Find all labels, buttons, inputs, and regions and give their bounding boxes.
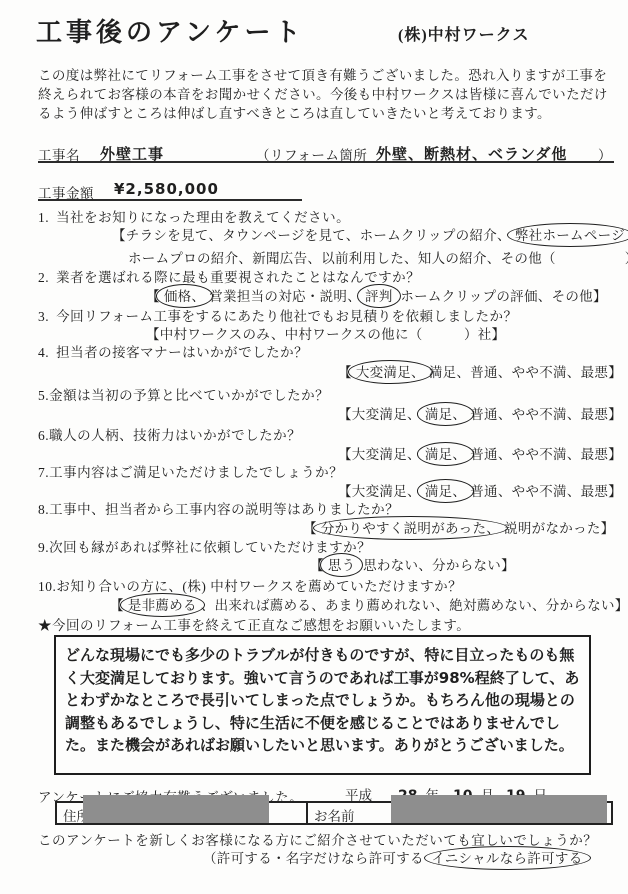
- question-8-answer-scale: 【分かりやすく説明があった、説明がなかった】: [303, 517, 614, 538]
- survey-page: { "colors": { "ink": "#1f1f1f", "redacti…: [0, 0, 628, 894]
- question-3-number: 3.: [38, 309, 49, 324]
- question-7-options-post: 普通、やや不満、最悪】: [470, 484, 622, 499]
- name-label: お名前: [314, 805, 355, 825]
- permission-selected-answer: イニシャルなら許可する: [424, 846, 591, 870]
- name-redaction: [391, 795, 607, 823]
- question-6-options-open: 【大変満足、: [338, 447, 421, 462]
- question-10-options-post: 、出来れば薦める、あまり薦めれない、絶対薦めない、分からない】: [201, 598, 628, 613]
- question-2: 2.業者を選ばれる際に最も重要視されたことはなんですか？: [38, 266, 420, 286]
- question-7-options-open: 【大変満足、: [338, 484, 421, 499]
- comment-box: どんな現場にでも多少のトラブルが付きものですが、特に目立ったものも無く大変満足し…: [54, 635, 591, 775]
- question-6-answer-scale: 【大変満足、満足、普通、やや不満、最悪】: [338, 443, 622, 464]
- question-2-number: 2.: [38, 270, 49, 285]
- question-5-answer-scale: 【大変満足、満足、普通、やや不満、最悪】: [338, 403, 622, 424]
- question-2-text: 業者を選ばれる際に最も重要視されたことはなんですか？: [56, 270, 420, 285]
- project-name-row: 工事名 外壁工事 （リフォーム箇所 外壁、断熱材、ベランダ他 ）: [38, 142, 614, 163]
- permission-options-pre: （許可する・名字だけなら許可する: [203, 851, 424, 866]
- project-amount-value: ¥2,580,000: [114, 180, 219, 198]
- question-9: 9.次回も縁があれば弊社に依頼していただけますか？: [38, 536, 371, 556]
- comment-body: どんな現場にでも多少のトラブルが付きものですが、特に目立ったものも無く大変満足し…: [65, 644, 580, 757]
- question-6-selected-answer: 満足、: [417, 442, 474, 466]
- question-4-options-post: 満足、普通、やや不満、最悪】: [429, 365, 622, 380]
- page-title: 工事後のアンケート: [36, 12, 304, 49]
- question-9-selected-answer: 思う: [320, 553, 364, 577]
- question-7: 7.工事内容はご満足いただけましたでしょうか？: [38, 461, 343, 481]
- company-name: (株)中村ワークス: [398, 22, 530, 45]
- table-divider: [306, 803, 308, 823]
- question-5-options-post: 普通、やや不満、最悪】: [470, 407, 622, 422]
- comment-heading: ★今回のリフォーム工事を終えて正直なご感想をお願いいたします。: [38, 614, 470, 634]
- question-6: 6.職人の人柄、技術力はいかがでしたか？: [38, 424, 301, 444]
- question-1-options-pre: 【チラシを見て、タウンページを見て、ホームクリップの紹介、: [112, 228, 511, 243]
- question-10: 10.お知り合いの方に、(株) 中村ワークスを薦めていただけますか？: [38, 575, 462, 595]
- question-1-options-line1: 【チラシを見て、タウンページを見て、ホームクリップの紹介、弊社ホームページ: [112, 224, 628, 245]
- question-8: 8.工事中、担当者から工事内容の説明等はありましたか？: [38, 498, 399, 518]
- question-4-number: 4.: [38, 345, 49, 360]
- project-name-value: 外壁工事: [100, 143, 164, 164]
- question-3-text: 今回リフォーム工事をするにあたり他社でもお見積りを依頼しましたか？: [56, 309, 517, 324]
- question-5-options-open: 【大変満足、: [338, 407, 421, 422]
- question-5-selected-answer: 満足、: [417, 402, 474, 426]
- question-7-number: 7.: [38, 465, 49, 480]
- question-10-text: お知り合いの方に、(株) 中村ワークスを薦めていただけますか？: [56, 579, 462, 594]
- question-1-options-line2: ホームプロの紹介、新聞広告、以前利用した、知人の紹介、その他（ ）】: [128, 247, 628, 267]
- permission-options: （許可する・名字だけなら許可する イニシャルなら許可する: [203, 847, 587, 868]
- question-9-answer-scale: 【思う 思わない、分からない】: [310, 554, 515, 575]
- question-5: 5.金額は当初の予算と比べていかがでしたか？: [38, 384, 329, 404]
- question-3: 3.今回リフォーム工事をするにあたり他社でもお見積りを依頼しましたか？: [38, 305, 517, 325]
- question-8-number: 8.: [38, 502, 49, 517]
- question-10-number: 10.: [38, 579, 56, 594]
- question-5-number: 5.: [38, 388, 49, 403]
- question-2-options-post: ホームクリップの評価、その他】: [397, 289, 607, 304]
- question-4-selected-answer: 大変満足、: [348, 360, 433, 384]
- question-4-text: 担当者の接客マナーはいかがでしたか？: [56, 345, 308, 360]
- question-2-options-mid: 営業担当の対応・説明、: [209, 289, 361, 304]
- project-amount-row: 工事金額 ¥2,580,000: [38, 179, 302, 201]
- question-7-selected-answer: 満足、: [417, 479, 474, 503]
- question-9-text: 次回も縁があれば弊社に依頼していただけますか？: [49, 540, 371, 555]
- reform-location-label: （リフォーム箇所: [256, 144, 367, 164]
- question-9-options-post: 思わない、分からない】: [359, 558, 514, 573]
- question-1: 1.当社をお知りになった理由を教えてください。: [38, 206, 350, 226]
- project-name-label: 工事名: [38, 144, 80, 164]
- intro-paragraph: この度は弊社にてリフォーム工事をさせて頂き有難うございました。恐れ入りますが工事…: [38, 66, 610, 123]
- question-1-selected-answer: 弊社ホームページ: [507, 223, 628, 247]
- reform-location-value: 外壁、断熱材、ベランダ他: [376, 143, 567, 164]
- question-8-text: 工事中、担当者から工事内容の説明等はありましたか？: [49, 502, 399, 517]
- question-6-options-post: 普通、やや不満、最悪】: [470, 447, 622, 462]
- project-amount-label: 工事金額: [38, 182, 94, 202]
- question-1-text: 当社をお知りになった理由を教えてください。: [56, 210, 350, 225]
- question-1-number: 1.: [38, 210, 49, 225]
- question-10-options: 【是非薦める、出来れば薦める、あまり薦めれない、絶対薦めない、分からない】: [110, 594, 628, 615]
- question-5-text: 金額は当初の予算と比べていかがでしたか？: [49, 388, 329, 403]
- question-6-text: 職人の人柄、技術力はいかがでしたか？: [49, 428, 301, 443]
- question-2-options: 【価格、営業担当の対応・説明、評判 ホームクリップの評価、その他】: [146, 285, 607, 306]
- question-7-text: 工事内容はご満足いただけましたでしょうか？: [49, 465, 343, 480]
- reform-location-close: ）: [598, 144, 612, 164]
- question-6-number: 6.: [38, 428, 49, 443]
- question-4: 4.担当者の接客マナーはいかがでしたか？: [38, 341, 308, 361]
- question-9-number: 9.: [38, 540, 49, 555]
- address-redaction: [83, 795, 269, 823]
- question-8-options-post: 説明がなかった】: [504, 521, 614, 536]
- question-3-options: 【中村ワークスのみ、中村ワークスの他に（ ）社】: [146, 323, 505, 343]
- question-4-answer-scale: 【大変満足、満足、普通、やや不満、最悪】: [338, 361, 622, 382]
